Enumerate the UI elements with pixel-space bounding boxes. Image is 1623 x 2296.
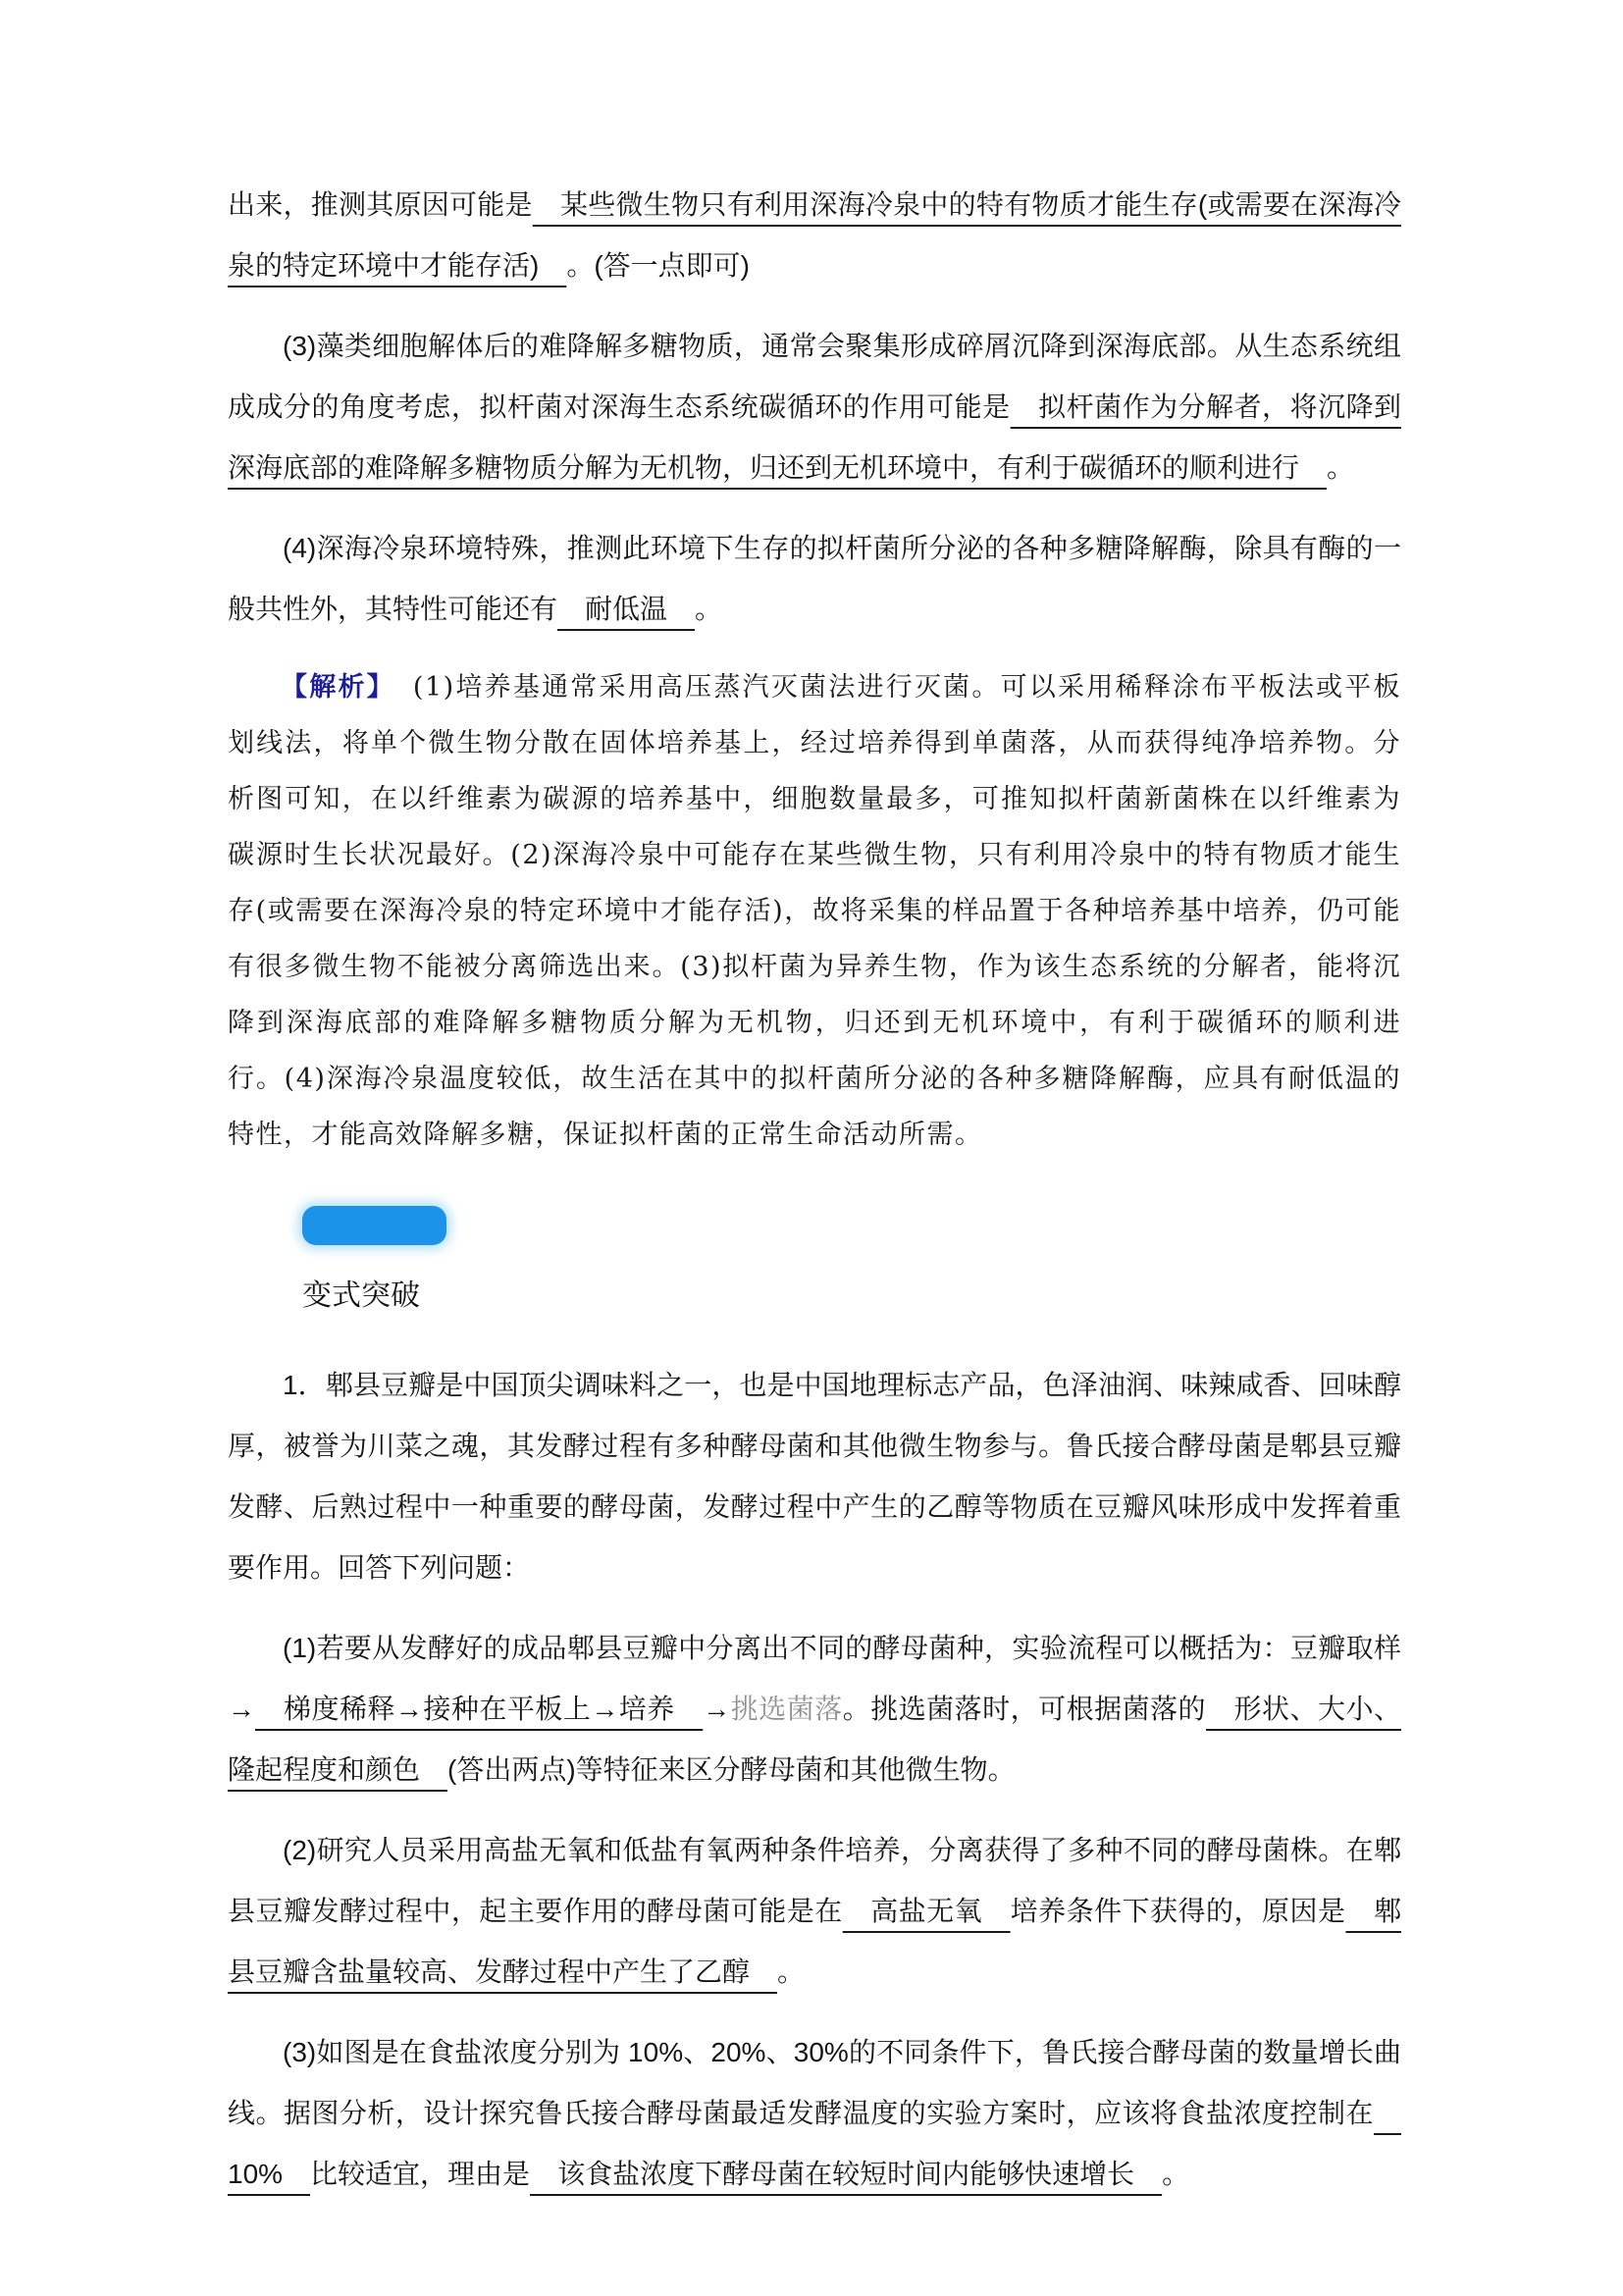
analysis-text: (1)培养基通常采用高压蒸汽灭菌法进行灭菌。可以采用稀释涂布平板法或平板划线法，… [228, 672, 1401, 1150]
document-page: 出来，推测其原因可能是 某些微生物只有利用深海冷泉中的特有物质才能生存(或需要在… [0, 0, 1623, 2296]
question-text: 。 [1162, 2159, 1189, 2189]
answer-blank: 耐低温 [557, 594, 695, 624]
question-text: 。 [777, 1957, 805, 1987]
paragraph-q4: (4)深海冷泉环境特殊，推测此环境下生存的拟杆菌所分泌的各种多糖降解酶，除具有酶… [228, 518, 1401, 640]
section-marker-pill [302, 1206, 446, 1245]
paragraph-variation-q1: (1)若要从发酵好的成品郫县豆瓣中分离出不同的酵母菌种，实验流程可以概括为：豆瓣… [228, 1618, 1401, 1800]
document-content: 出来，推测其原因可能是 某些微生物只有利用深海冷泉中的特有物质才能生存(或需要在… [228, 0, 1401, 2224]
arrow-glyph: → [703, 1694, 730, 1724]
paragraph-variation-q2: (2)研究人员采用高盐无氧和低盐有氧两种条件培养，分离获得了多种不同的酵母菌株。… [228, 1820, 1401, 2003]
answer-blank: 该食盐浓度下酵母菌在较短时间内能够快速增长 [530, 2159, 1162, 2189]
question-text: 出来，推测其原因可能是 [228, 189, 533, 220]
paragraph-variation-q3: (3)如图是在食盐浓度分别为 10%、20%、30%的不同条件下，鲁氏接合酵母菌… [228, 2022, 1401, 2205]
gray-step-text: 挑选菌落 [730, 1694, 842, 1724]
section-heading: 变式突破 [302, 1275, 1401, 1318]
question-text: 。 [695, 594, 722, 624]
question-text: 1．郫县豆瓣是中国顶尖调味料之一，也是中国地理标志产品，色泽油润、味辣咸香、回味… [228, 1370, 1401, 1583]
question-text: 。挑选菌落时，可根据菌落的 [843, 1694, 1206, 1724]
answer-blank: 高盐无氧 [843, 1896, 1011, 1926]
paragraph-q2-continuation: 出来，推测其原因可能是 某些微生物只有利用深海冷泉中的特有物质才能生存(或需要在… [228, 175, 1401, 296]
question-text: (4)深海冷泉环境特殊，推测此环境下生存的拟杆菌所分泌的各种多糖降解酶，除具有酶… [228, 533, 1401, 624]
paragraph-variation-intro: 1．郫县豆瓣是中国顶尖调味料之一，也是中国地理标志产品，色泽油润、味辣咸香、回味… [228, 1355, 1401, 1598]
question-text: (答出两点)等特征来区分酵母菌和其他微生物。 [447, 1754, 1016, 1785]
question-text: 。(答一点即可) [566, 250, 750, 281]
question-text: 。 [1327, 452, 1354, 483]
answer-blank: 梯度稀释→接种在平板上→培养 [255, 1694, 703, 1724]
analysis-paragraph: 【解析】(1)培养基通常采用高压蒸汽灭菌法进行灭菌。可以采用稀释涂布平板法或平板… [228, 659, 1401, 1163]
question-text: (3)如图是在食盐浓度分别为 10%、20%、30%的不同条件下，鲁氏接合酵母菌… [228, 2037, 1401, 2128]
paragraph-q3: (3)藻类细胞解体后的难降解多糖物质，通常会聚集形成碎屑沉降到深海底部。从生态系… [228, 316, 1401, 498]
question-text: 比较适宜，理由是 [310, 2159, 530, 2189]
question-text: 培养条件下获得的，原因是 [1011, 1896, 1346, 1926]
analysis-label: 【解析】 [281, 672, 395, 703]
